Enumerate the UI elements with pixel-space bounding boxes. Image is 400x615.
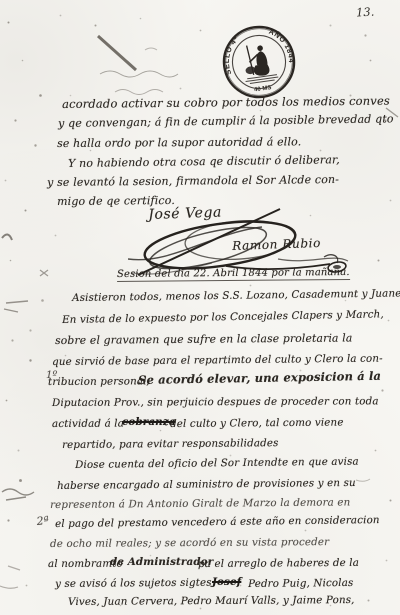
signature-jose-vega: José Vega — [148, 205, 222, 222]
scan-noise — [0, 0, 1, 1]
handwritten-line: actividad á la — [52, 418, 124, 429]
handwritten-line: sobre el gravamen que sufre en la clase … — [55, 333, 352, 346]
handwritten-line: se halla ordo por la supor autoridad á e… — [57, 136, 301, 149]
handwritten-line: tribucion personal; — [48, 376, 150, 387]
handwritten-line: y se levantó la sesion, firmandola el So… — [47, 174, 339, 188]
handwritten-line: del culto y Clero, tal como viene — [170, 417, 344, 429]
handwritten-line: representon á Dn Antonio Giralt de Marzo… — [50, 497, 350, 510]
handwritten-line: Asistieron todos, menos los S.S. Lozano,… — [72, 288, 400, 303]
handwritten-line: migo de qe certifico. — [57, 195, 175, 207]
seal-left-arc-text: SELLO 4º — [218, 34, 245, 77]
signature-ramon-rubio: Ramon Rubio — [232, 237, 321, 252]
handwritten-line: Diputacion Prov., sin perjuicio despues … — [52, 396, 379, 408]
session-heading: Sesion del dia 22. Abril 1844 por la mañ… — [117, 268, 350, 282]
handwritten-line: Y no habiendo otra cosa qe discutir ó de… — [68, 154, 340, 169]
handwritten-line: y qe convengan; á fin de cumplir á la po… — [58, 113, 394, 129]
handwritten-line: el pago del prestamo vencedero á este añ… — [55, 515, 380, 529]
page-number: 13. — [356, 5, 375, 20]
crossed-out-word: cobranza — [122, 417, 176, 427]
handwritten-line: repartido, para evitar responsabilidades — [62, 438, 279, 450]
handwritten-line: Vives, Juan Cervera, Pedro Maurí Valls, … — [68, 595, 355, 607]
margin-mark-2: 2ª — [36, 515, 50, 527]
handwritten-line: de ocho mil reales; y se acordó en su vi… — [50, 537, 329, 549]
crossed-out-word: Josef — [212, 577, 241, 587]
seal-right-arc-text: AÑO 1844 — [267, 24, 297, 66]
seal-bottom-text: 40 MS — [254, 85, 272, 93]
margin-mark-1: 1º — [46, 371, 57, 381]
seated-allegory-figure-icon — [241, 42, 279, 84]
svg-text:AÑO 1844: AÑO 1844 — [267, 24, 297, 66]
handwritten-line: haberse encargado al suministro de provi… — [57, 478, 356, 491]
handwritten-line: que sirvió de base para el repartimto de… — [52, 354, 383, 368]
handwritten-line: acordado activar su cobro por todos los … — [62, 96, 390, 111]
handwritten-line: y se avisó á los sujetos sigtes — [55, 578, 212, 590]
handwritten-line: Se acordó elevar, una exposicion á la — [138, 371, 381, 387]
handwritten-line: pa el arreglo de haberes de la — [198, 558, 359, 569]
handwritten-line: Pedro Puig, Nicolas — [248, 578, 353, 589]
manuscript-page: 13. SELLO 4º AÑO 1844 40 MS — [0, 0, 400, 615]
svg-text:SELLO 4º: SELLO 4º — [218, 34, 245, 77]
handwritten-line: Diose cuenta del oficio del Sor Intendte… — [75, 457, 359, 471]
seal-stamp-icon: SELLO 4º AÑO 1844 40 MS — [216, 19, 302, 105]
handwritten-line: En vista de lo expuesto por los Concejal… — [62, 309, 384, 325]
